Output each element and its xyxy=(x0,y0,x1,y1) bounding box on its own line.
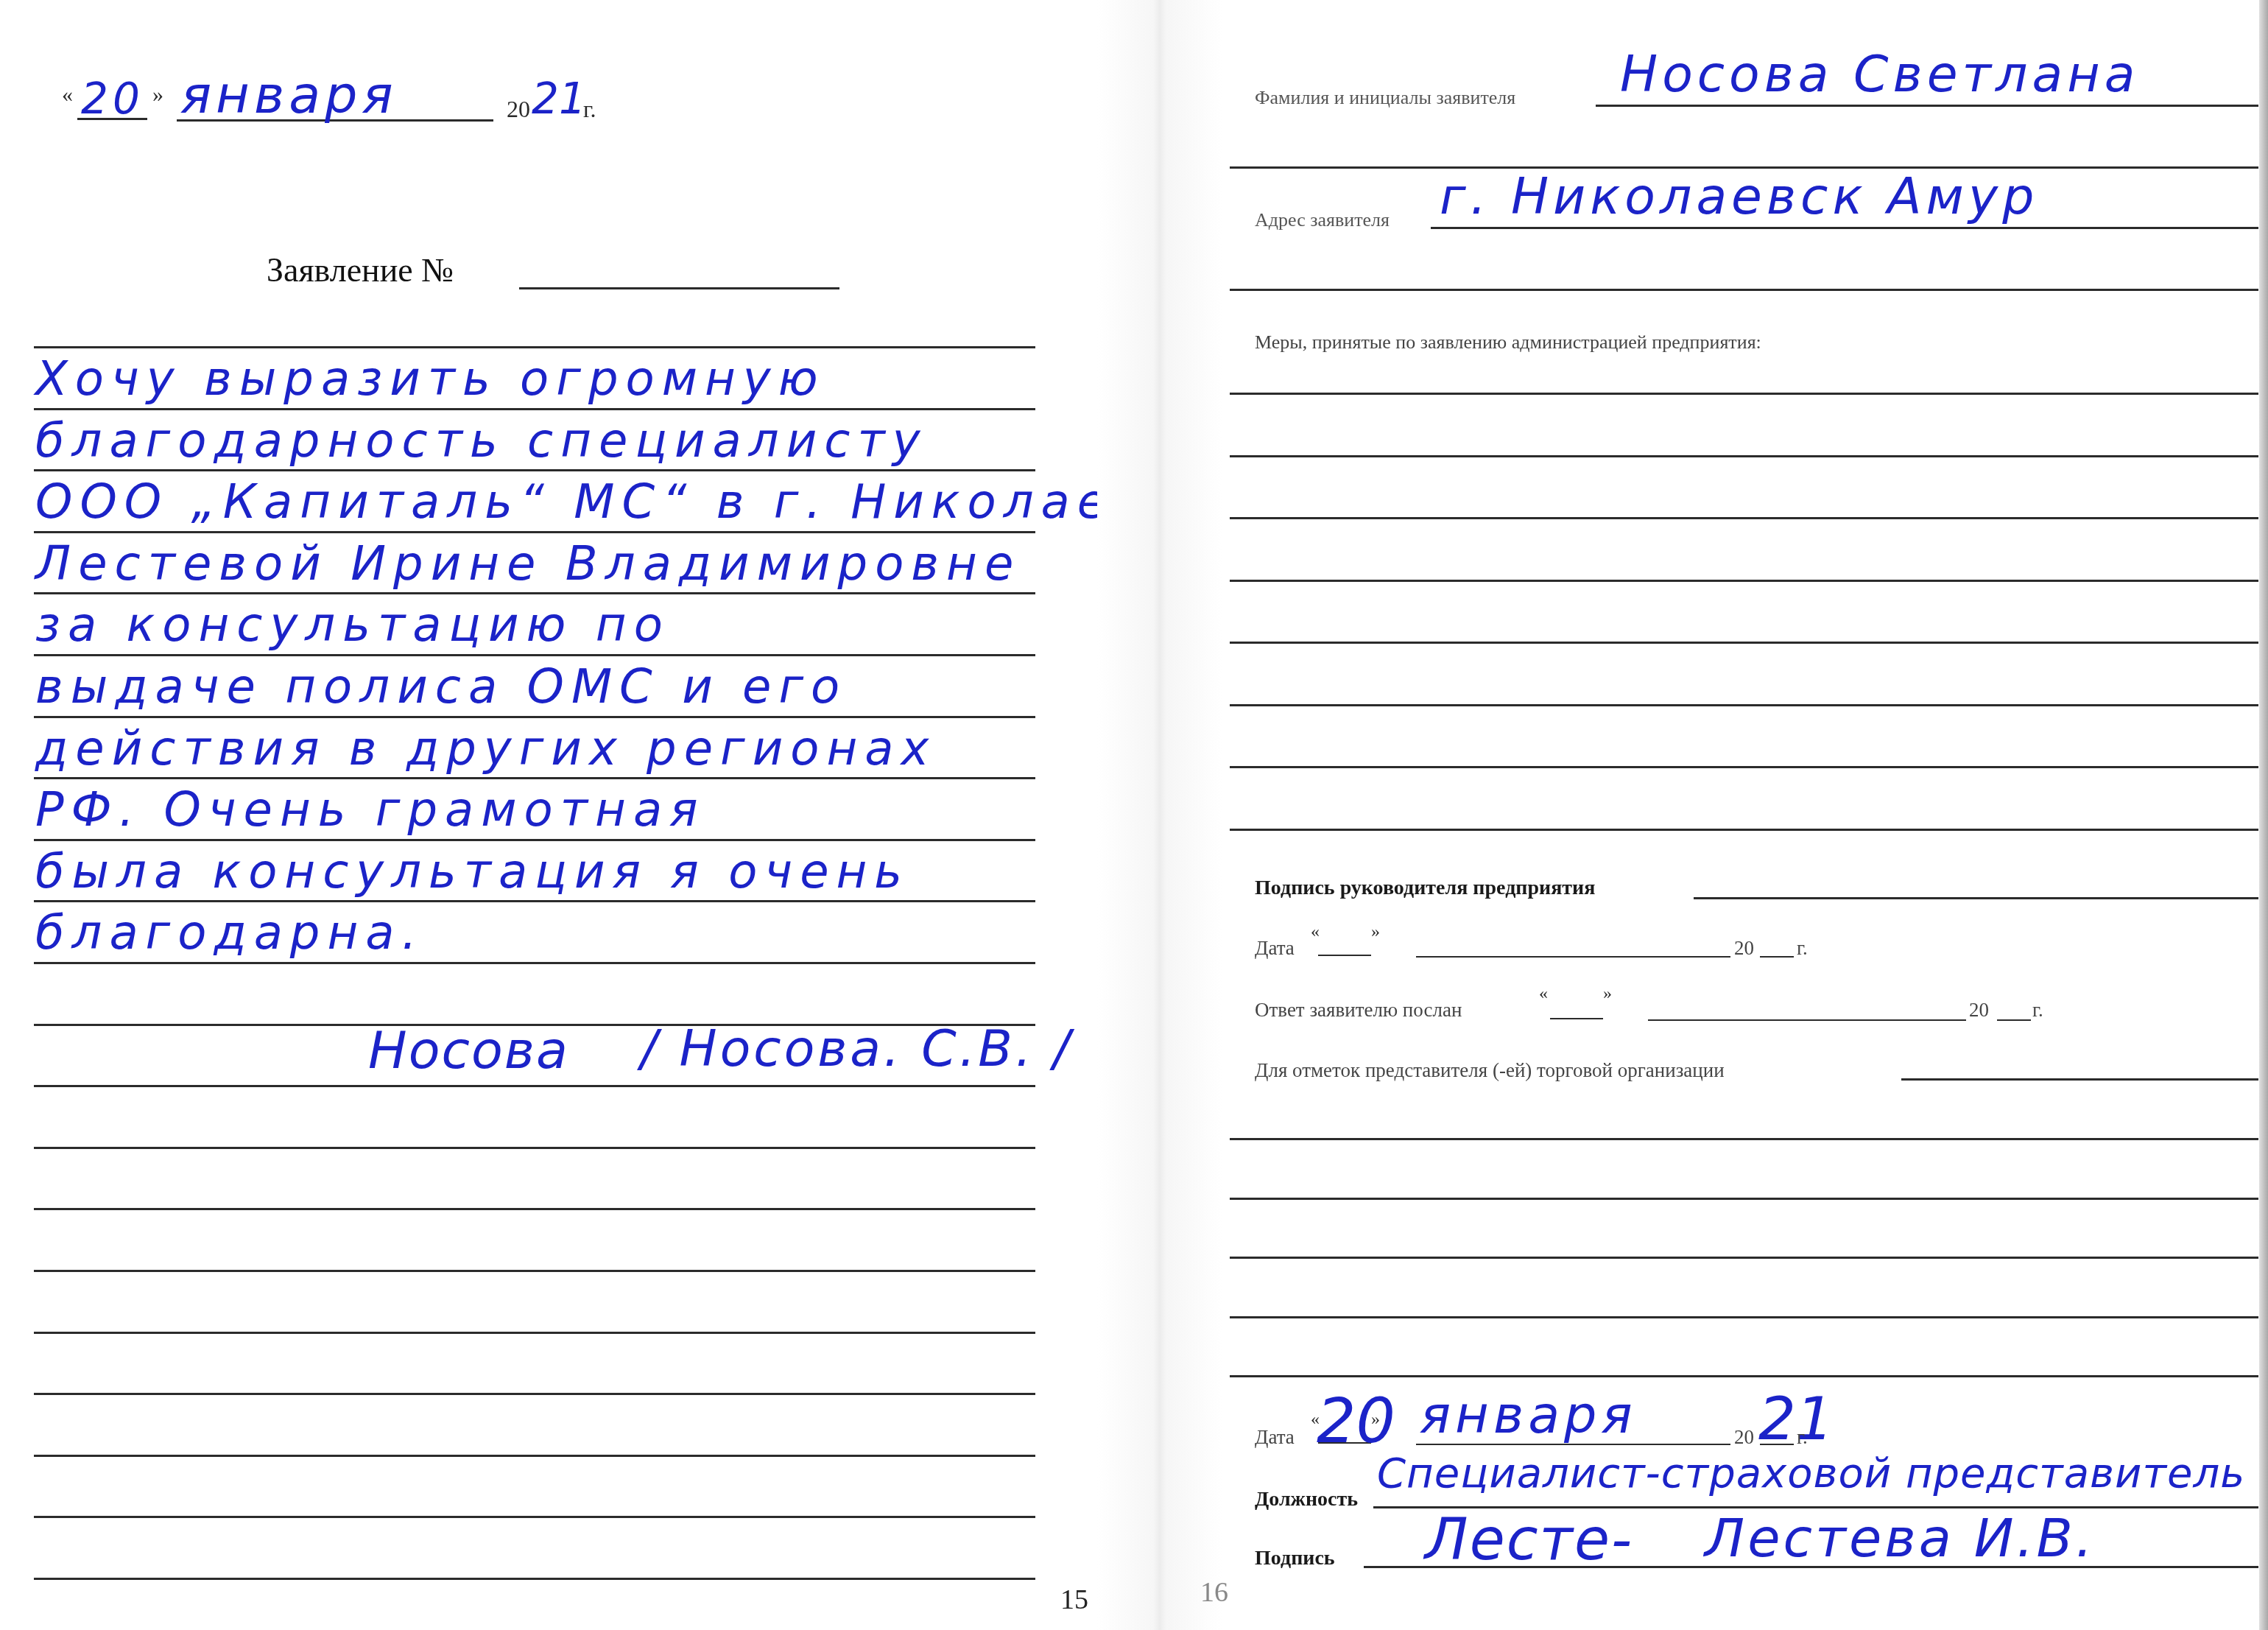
applicant-address-label: Адрес заявителя xyxy=(1255,209,1390,231)
ruled-line[interactable] xyxy=(34,716,1035,718)
complaint-text-line: выдаче полиса ОМС и его xyxy=(35,660,847,714)
measures-line[interactable] xyxy=(1230,517,2258,519)
manager-signature-field[interactable] xyxy=(1694,897,2258,899)
signature-label: Подпись xyxy=(1255,1547,1335,1570)
ruled-line[interactable] xyxy=(34,592,1035,594)
date-year-prefix: 20 xyxy=(507,96,530,123)
ruled-line[interactable] xyxy=(34,962,1035,964)
date2-year-suffix: 21 xyxy=(1758,1385,1834,1453)
ruled-line[interactable] xyxy=(34,654,1035,656)
measures-line[interactable] xyxy=(1230,455,2258,457)
ruled-line[interactable] xyxy=(34,1332,1035,1334)
position-label: Должность xyxy=(1255,1488,1358,1511)
ruled-line[interactable] xyxy=(34,777,1035,779)
right-page-16: Фамилия и инициалы заявителя Носова Свет… xyxy=(1222,0,2268,1630)
date1-day-field[interactable] xyxy=(1318,955,1371,956)
applicant-address-field[interactable] xyxy=(1431,227,2258,229)
complaint-text-line: благодарна. xyxy=(35,906,424,960)
measures-line[interactable] xyxy=(1230,829,2258,831)
ruled-line[interactable] xyxy=(34,1208,1035,1210)
reply-year-unit: г. xyxy=(2032,999,2043,1022)
date-day-value: 20 xyxy=(81,74,144,124)
measures-line[interactable] xyxy=(1230,580,2258,582)
page-number-16: 16 xyxy=(1200,1576,1228,1609)
ruled-line[interactable] xyxy=(34,839,1035,841)
ruled-line[interactable] xyxy=(34,531,1035,533)
date1-close-quote: » xyxy=(1371,922,1380,942)
date1-year-field[interactable] xyxy=(1760,956,1794,958)
page-edge xyxy=(2259,0,2268,1630)
complaint-text-line: благодарность специалисту xyxy=(35,414,928,468)
ruled-line[interactable] xyxy=(34,1147,1035,1149)
reply-year-field[interactable] xyxy=(1997,1019,2031,1021)
page-number-15: 15 xyxy=(1060,1584,1088,1616)
complaint-text-line: Лестевой Ирине Владимировне xyxy=(35,537,1021,591)
date1-label: Дата xyxy=(1255,937,1295,960)
ruled-line[interactable] xyxy=(34,1270,1035,1272)
complaint-text-line: была консультация я очень xyxy=(35,845,909,899)
trade-rep-line[interactable] xyxy=(1230,1198,2258,1200)
trade-rep-line[interactable] xyxy=(1230,1138,2258,1140)
applicant-signature-name: / Носова. С.В. / xyxy=(641,1020,1073,1078)
trade-rep-line[interactable] xyxy=(1230,1257,2258,1259)
complaint-text-line: ООО „Капиталь“ МС“ в г. Николаевск xyxy=(35,475,1218,530)
ruled-line[interactable] xyxy=(34,346,1035,348)
position-value: Специалист-страховой представитель 2 ур. xyxy=(1377,1450,2268,1497)
applicant-name-label: Фамилия и инициалы заявителя xyxy=(1255,87,1515,109)
reply-day-field[interactable] xyxy=(1550,1018,1603,1019)
measures-label: Меры, принятые по заявлению администраци… xyxy=(1255,331,1761,354)
measures-line[interactable] xyxy=(1230,766,2258,768)
ruled-line[interactable] xyxy=(34,408,1035,410)
date1-year-unit: г. xyxy=(1797,937,1808,960)
date2-close-quote: » xyxy=(1371,1410,1380,1430)
date-open-quote: « xyxy=(62,82,73,108)
date2-month-value: января xyxy=(1420,1385,1637,1445)
manager-signature-label: Подпись руководителя предприятия xyxy=(1255,877,1595,900)
reply-year-prefix: 20 xyxy=(1969,999,1989,1022)
ruled-line[interactable] xyxy=(34,1516,1035,1518)
trade-rep-line[interactable] xyxy=(1230,1316,2258,1318)
date-year-suffix: 21 xyxy=(532,74,586,124)
ruled-line[interactable] xyxy=(34,1085,1035,1087)
trade-rep-field[interactable] xyxy=(1901,1078,2258,1081)
measures-line[interactable] xyxy=(1230,704,2258,706)
date1-open-quote: « xyxy=(1311,922,1320,942)
complaint-text-line: Хочу выразить огромную xyxy=(35,352,825,407)
employee-signature: Лесте- xyxy=(1425,1507,1633,1573)
ruled-line[interactable] xyxy=(34,469,1035,471)
date-year-unit: г. xyxy=(583,96,596,123)
date1-month-field[interactable] xyxy=(1416,956,1730,958)
book-gutter xyxy=(1097,0,1222,1630)
ruled-line[interactable] xyxy=(34,1455,1035,1457)
complaint-text-line: за консультацию по xyxy=(35,598,670,653)
complaint-text-line: РФ. Очень грамотная xyxy=(35,783,705,837)
date1-year-prefix: 20 xyxy=(1734,937,1754,960)
date2-label: Дата xyxy=(1255,1426,1295,1449)
left-page-15: « 20 » января 20 21 г. Заявление № Хочу … xyxy=(0,0,1097,1630)
complaint-text-line: действия в других регионах xyxy=(35,722,936,776)
trade-rep-line[interactable] xyxy=(1230,1375,2258,1377)
reply-sent-label: Ответ заявителю послан xyxy=(1255,999,1462,1022)
reply-open-quote: « xyxy=(1539,984,1548,1004)
applicant-address-line-2 xyxy=(1230,289,2258,291)
measures-line[interactable] xyxy=(1230,393,2258,395)
reply-close-quote: » xyxy=(1603,984,1612,1004)
ruled-line[interactable] xyxy=(34,1393,1035,1395)
ruled-line[interactable] xyxy=(34,1578,1035,1580)
applicant-address-value: г. Николаевск Амур xyxy=(1440,168,2038,226)
date2-year-unit: г. xyxy=(1797,1426,1808,1449)
applicant-name-field[interactable] xyxy=(1596,105,2258,107)
date2-year-prefix: 20 xyxy=(1734,1426,1754,1449)
application-number-field[interactable] xyxy=(519,287,839,289)
employee-signature-name: Лестева И.В. xyxy=(1705,1507,2096,1569)
date-month-value: января xyxy=(180,65,398,125)
page-title: Заявление № xyxy=(267,250,454,289)
date-close-quote: » xyxy=(152,82,163,108)
reply-month-field[interactable] xyxy=(1648,1019,1966,1021)
trade-rep-label: Для отметок представителя (-ей) торговой… xyxy=(1255,1059,1725,1082)
date2-day-value: 20 xyxy=(1317,1385,1395,1457)
applicant-signature: Носова xyxy=(368,1020,569,1081)
ruled-line[interactable] xyxy=(34,900,1035,902)
applicant-name-value: Носова Светлана xyxy=(1620,46,2139,104)
measures-line[interactable] xyxy=(1230,642,2258,644)
